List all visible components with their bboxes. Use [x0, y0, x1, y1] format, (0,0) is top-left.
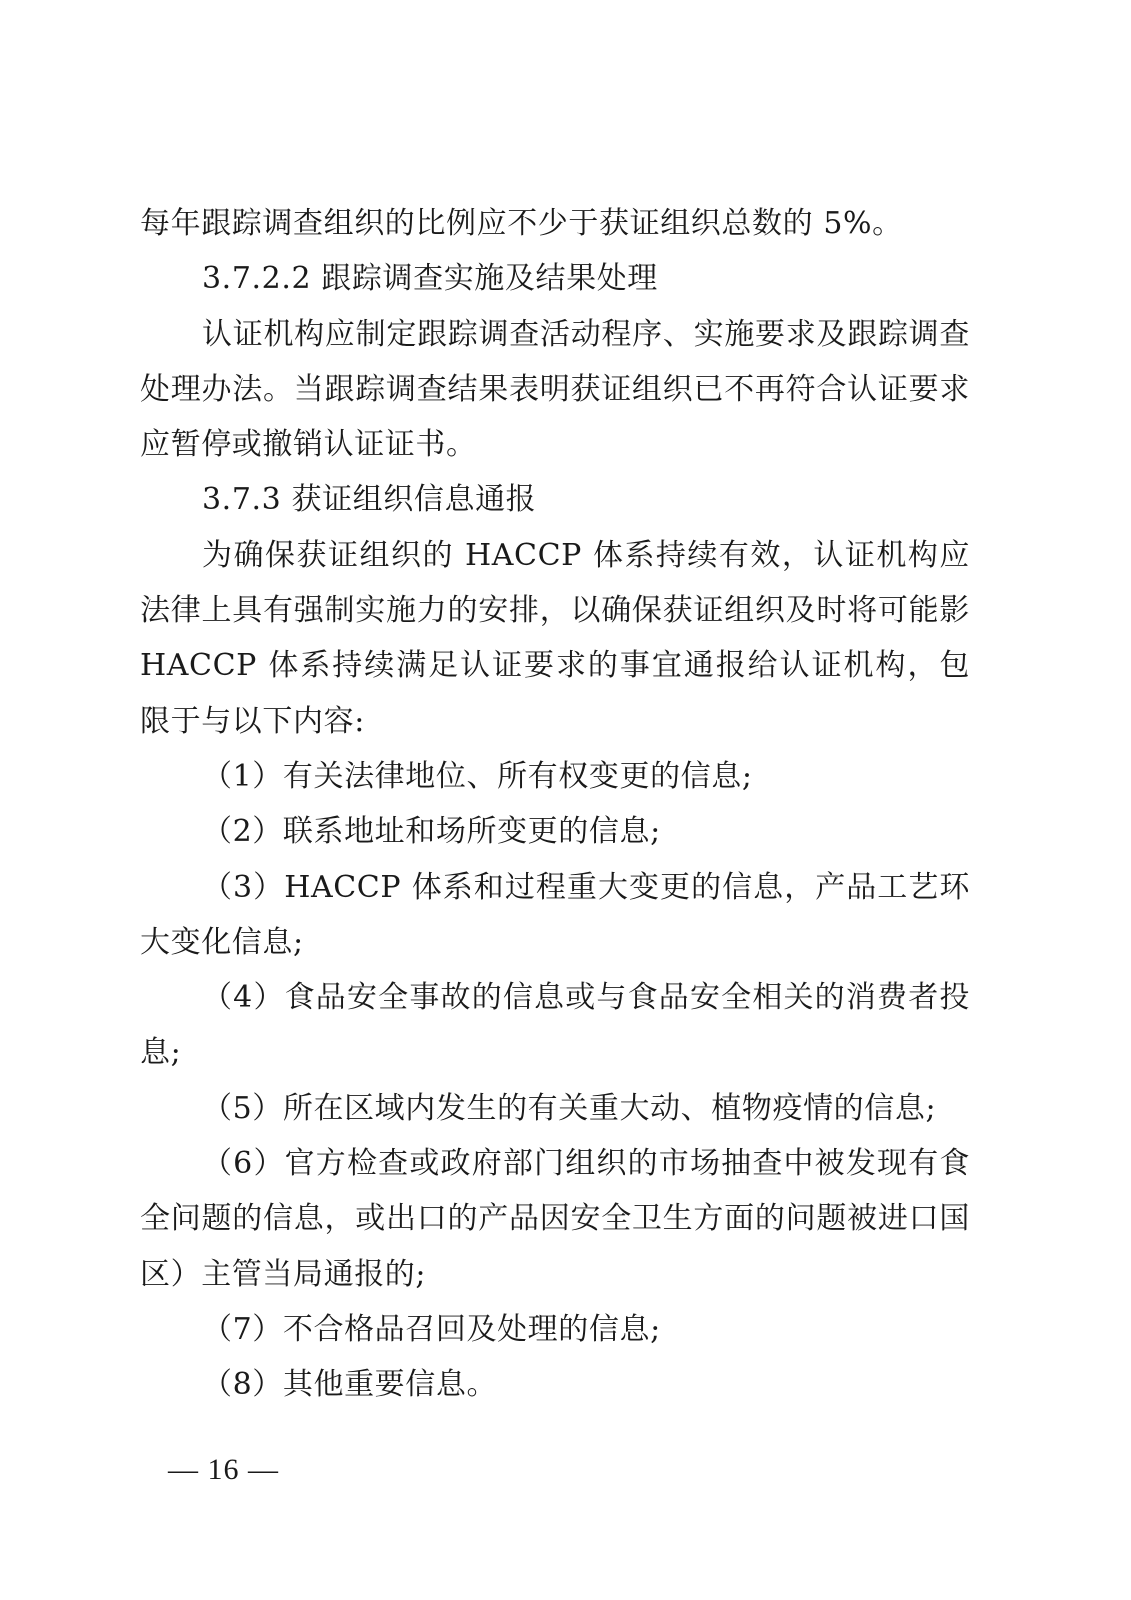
paragraph-line: 法律上具有强制实施力的安排，以确保获证组织及时将可能影响 [140, 583, 970, 638]
list-item-5: （5）所在区域内发生的有关重大动、植物疫情的信息; [140, 1081, 970, 1136]
document-body: 每年跟踪调查组织的比例应不少于获证组织总数的 5%。 3.7.2.2 跟踪调查实… [140, 196, 970, 1413]
section-heading-3-7-3: 3.7.3 获证组织信息通报 [140, 472, 970, 527]
paragraph-line: 为确保获证组织的 HACCP 体系持续有效，认证机构应做出在 [140, 528, 970, 583]
list-item-8: （8）其他重要信息。 [140, 1357, 970, 1412]
list-item-6: （6）官方检查或政府部门组织的市场抽查中被发现有食品安 [140, 1136, 970, 1191]
list-item-3-continued: 大变化信息; [140, 915, 970, 970]
section-heading-3-7-2-2: 3.7.2.2 跟踪调查实施及结果处理 [140, 251, 970, 306]
list-item-7: （7）不合格品召回及处理的信息; [140, 1302, 970, 1357]
paragraph-line: 应暂停或撤销认证证书。 [140, 417, 970, 472]
list-item-1: （1）有关法律地位、所有权变更的信息; [140, 749, 970, 804]
paragraph-line-tracking-ratio: 每年跟踪调查组织的比例应不少于获证组织总数的 5%。 [140, 196, 970, 251]
list-item-3: （3）HACCP 体系和过程重大变更的信息，产品工艺环境重 [140, 860, 970, 915]
paragraph-line: 处理办法。当跟踪调查结果表明获证组织已不再符合认证要求时， [140, 362, 970, 417]
list-item-6-continued: 区）主管当局通报的; [140, 1247, 970, 1302]
paragraph-line: HACCP 体系持续满足认证要求的事宜通报给认证机构，包括但不 [140, 638, 970, 693]
list-item-4-continued: 息; [140, 1025, 970, 1080]
paragraph-line: 认证机构应制定跟踪调查活动程序、实施要求及跟踪调查结果 [140, 307, 970, 362]
list-item-2: （2）联系地址和场所变更的信息; [140, 804, 970, 859]
list-item-4: （4）食品安全事故的信息或与食品安全相关的消费者投诉信 [140, 970, 970, 1025]
document-page: 每年跟踪调查组织的比例应不少于获证组织总数的 5%。 3.7.2.2 跟踪调查实… [0, 0, 1131, 1600]
page-number: — 16 — [168, 1450, 279, 1490]
paragraph-line: 限于与以下内容: [140, 694, 970, 749]
list-item-6-continued: 全问题的信息，或出口的产品因安全卫生方面的问题被进口国（地 [140, 1191, 970, 1246]
